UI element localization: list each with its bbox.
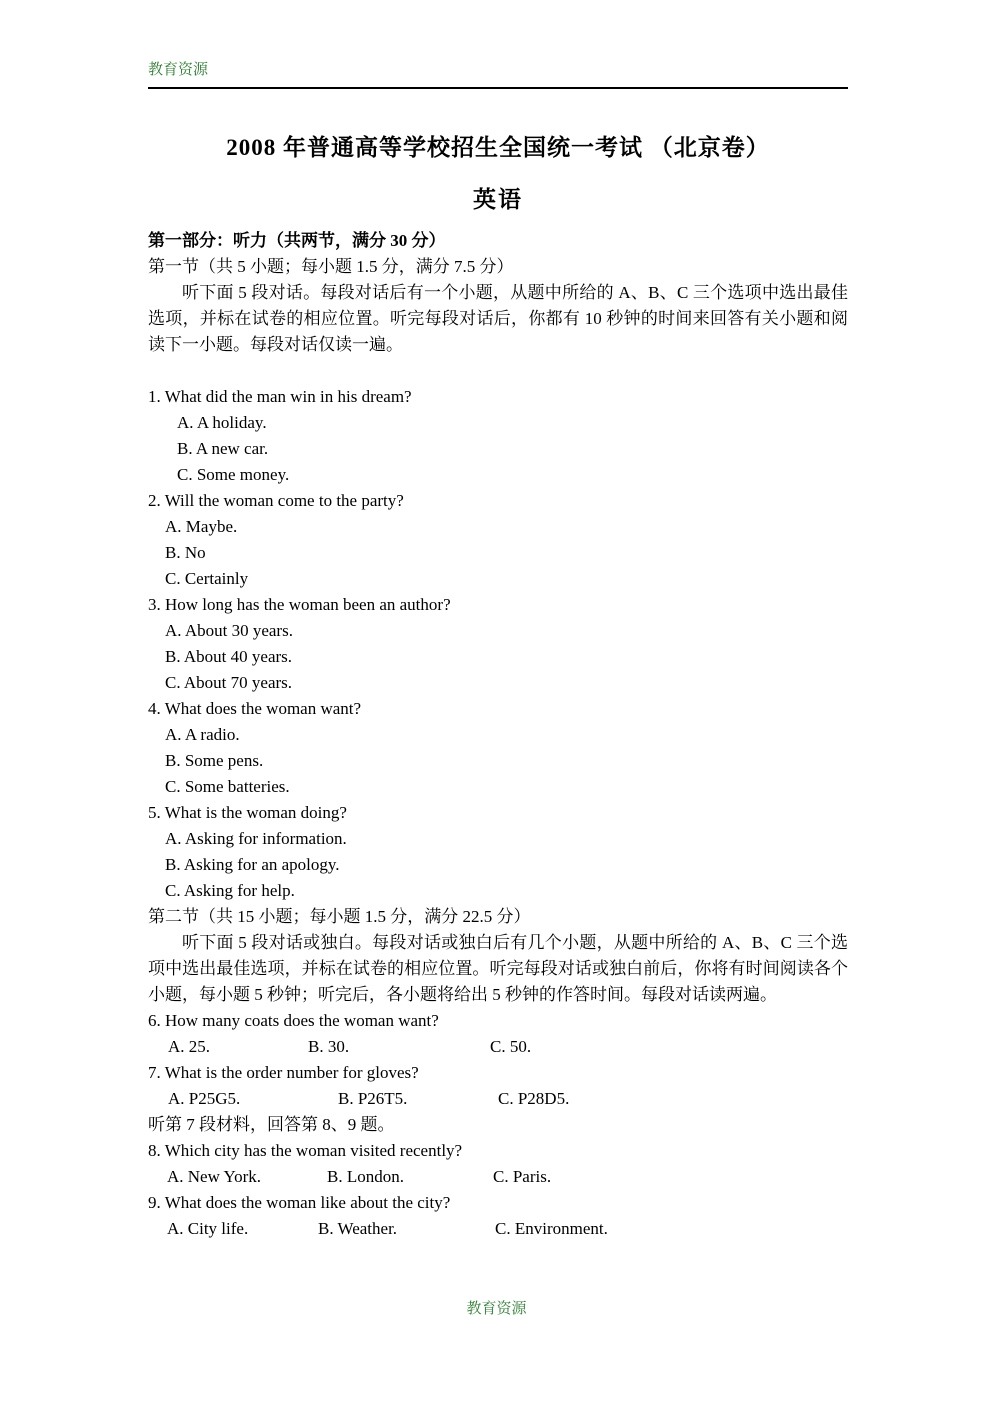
exam-title: 2008 年普通高等学校招生全国统一考试 （北京卷） [148,133,848,163]
blank-line [148,358,848,384]
question-6: 6. How many coats does the woman want? A… [148,1008,848,1060]
question-9-options: A. City life. B. Weather. C. Environment… [148,1216,848,1242]
question-9-option-a: A. City life. [167,1216,248,1242]
question-8-label: 8. Which city has the woman visited rece… [148,1138,848,1164]
question-7: 7. What is the order number for gloves? … [148,1060,848,1112]
question-9-label: 9. What does the woman like about the ci… [148,1190,848,1216]
question-4: 4. What does the woman want? A. A radio.… [148,696,848,800]
question-7-option-a: A. P25G5. [168,1086,240,1112]
question-2-options: A. Maybe. B. No C. Certainly [148,514,848,592]
question-7-option-c: C. P28D5. [498,1086,569,1112]
question-3-option-a: A. About 30 years. [148,618,848,644]
question-8-option-c: C. Paris. [493,1164,551,1190]
question-4-options: A. A radio. B. Some pens. C. Some batter… [148,722,848,800]
header-divider [148,87,848,89]
question-6-label: 6. How many coats does the woman want? [148,1008,848,1034]
section2-instructions: 听下面 5 段对话或独白。每段对话或独白后有几个小题，从题中所给的 A、B、C … [148,930,848,1008]
question-5-option-a: A. Asking for information. [148,826,848,852]
question-8-option-b: B. London. [327,1164,404,1190]
question-6-option-c: C. 50. [490,1034,531,1060]
material-note: 听第 7 段材料，回答第 8、9 题。 [148,1112,848,1138]
question-2-option-c: C. Certainly [148,566,848,592]
question-9-option-b: B. Weather. [318,1216,397,1242]
question-4-label: 4. What does the woman want? [148,696,848,722]
exam-subtitle: 英语 [148,185,848,215]
question-3-option-c: C. About 70 years. [148,670,848,696]
question-3-option-b: B. About 40 years. [148,644,848,670]
question-4-option-b: B. Some pens. [148,748,848,774]
question-5-options: A. Asking for information. B. Asking for… [148,826,848,904]
question-5-option-b: B. Asking for an apology. [148,852,848,878]
question-2-option-a: A. Maybe. [148,514,848,540]
question-5-option-c: C. Asking for help. [148,878,848,904]
question-8-options: A. New York. B. London. C. Paris. [148,1164,848,1190]
part1-heading: 第一部分：听力（共两节，满分 30 分） [148,228,848,254]
question-1-option-c: C. Some money. [148,462,848,488]
question-8: 8. Which city has the woman visited rece… [148,1138,848,1190]
question-3-label: 3. How long has the woman been an author… [148,592,848,618]
question-6-option-b: B. 30. [308,1034,349,1060]
exam-page: 教育资源 2008 年普通高等学校招生全国统一考试 （北京卷） 英语 第一部分：… [0,0,993,1404]
question-7-label: 7. What is the order number for gloves? [148,1060,848,1086]
question-1-options: A. A holiday. B. A new car. C. Some mone… [148,410,848,488]
question-2: 2. Will the woman come to the party? A. … [148,488,848,592]
section1-instructions: 听下面 5 段对话。每段对话后有一个小题，从题中所给的 A、B、C 三个选项中选… [148,280,848,358]
question-1: 1. What did the man win in his dream? A.… [148,384,848,488]
question-1-option-b: B. A new car. [148,436,848,462]
exam-body: 第一部分：听力（共两节，满分 30 分） 第一节（共 5 小题；每小题 1.5 … [148,228,848,1242]
question-4-option-c: C. Some batteries. [148,774,848,800]
page-content: 教育资源 2008 年普通高等学校招生全国统一考试 （北京卷） 英语 第一部分：… [148,0,848,1242]
question-8-option-a: A. New York. [167,1164,261,1190]
section1-heading: 第一节（共 5 小题；每小题 1.5 分，满分 7.5 分） [148,254,848,280]
question-3-options: A. About 30 years. B. About 40 years. C.… [148,618,848,696]
question-9-option-c: C. Environment. [495,1216,608,1242]
question-6-option-a: A. 25. [168,1034,210,1060]
header-brand: 教育资源 [148,60,848,80]
question-4-option-a: A. A radio. [148,722,848,748]
question-1-label: 1. What did the man win in his dream? [148,384,848,410]
footer-brand: 教育资源 [0,1297,993,1318]
question-5-label: 5. What is the woman doing? [148,800,848,826]
question-2-label: 2. Will the woman come to the party? [148,488,848,514]
question-1-option-a: A. A holiday. [148,410,848,436]
question-3: 3. How long has the woman been an author… [148,592,848,696]
question-2-option-b: B. No [148,540,848,566]
question-9: 9. What does the woman like about the ci… [148,1190,848,1242]
question-7-option-b: B. P26T5. [338,1086,407,1112]
section2-heading: 第二节（共 15 小题；每小题 1.5 分，满分 22.5 分） [148,904,848,930]
question-6-options: A. 25. B. 30. C. 50. [148,1034,848,1060]
question-7-options: A. P25G5. B. P26T5. C. P28D5. [148,1086,848,1112]
question-5: 5. What is the woman doing? A. Asking fo… [148,800,848,904]
